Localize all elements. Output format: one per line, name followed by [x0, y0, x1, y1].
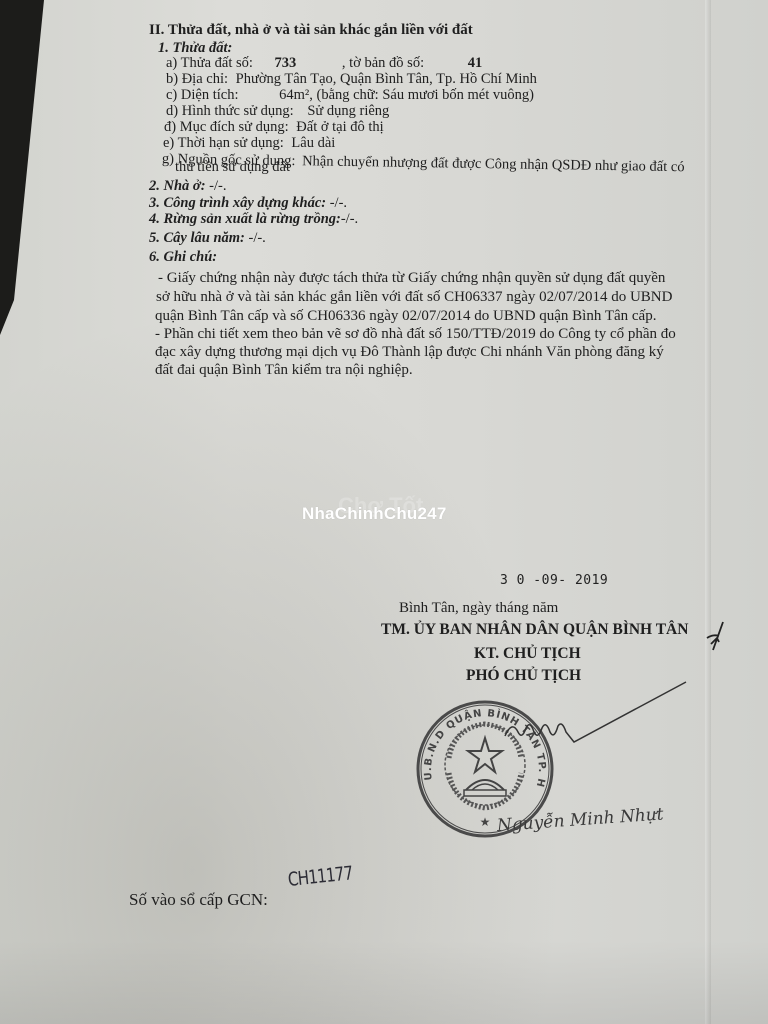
land-item-term: e) Thời hạn sử dụng: Lâu dài: [163, 135, 335, 151]
note-line: đất đai quận Bình Tân kiểm tra nội nghiệ…: [155, 362, 413, 378]
registry-number-handwritten: CH11177: [287, 865, 353, 888]
stamped-date: 3 0 -09- 2019: [500, 573, 608, 589]
place-date: Bình Tân, ngày tháng năm: [399, 600, 558, 616]
certificate-page: II. Thửa đất, nhà ở và tài sản khác gắn …: [0, 0, 768, 1024]
usage-form-label: d) Hình thức sử dụng:: [166, 103, 294, 119]
land-title: 1. Thửa đất:: [158, 40, 232, 56]
land-item-purpose: đ) Mục đích sử dụng: Đất ở tại đô thị: [164, 119, 384, 135]
initials-mark-icon: [703, 620, 729, 652]
address-value: Phường Tân Tạo, Quận Bình Tân, Tp. Hồ Ch…: [236, 71, 537, 87]
map-sheet-label: , tờ bản đồ số:: [342, 55, 424, 71]
registry-label: Số vào sổ cấp GCN:: [129, 892, 268, 908]
term-label: e) Thời hạn sử dụng:: [163, 135, 284, 151]
other-item-perennial: 5. Cây lâu năm: -/-.: [149, 230, 266, 246]
other-item-house: 2. Nhà ở: -/-.: [149, 178, 226, 194]
svg-text:★: ★: [480, 815, 491, 829]
term-value: Lâu dài: [291, 135, 335, 151]
land-item-area: c) Diện tích: 64m², (bằng chữ: Sáu mươi …: [166, 87, 534, 103]
note-line: - Giấy chứng nhận này được tách thửa từ …: [158, 270, 665, 286]
watermark: NhaChinhChu247: [302, 506, 446, 522]
note-line: - Phần chi tiết xem theo bản vẽ sơ đồ nh…: [155, 326, 676, 342]
area-value: 64m², (bằng chữ: Sáu mươi bốn mét vuông): [279, 87, 534, 103]
origin-continuation: thu tiền sử dụng đất: [175, 159, 290, 175]
note-line: đạc xây dựng thương mại dịch vụ Đô Thành…: [155, 344, 664, 360]
land-item-address: b) Địa chỉ: Phường Tân Tạo, Quận Bình Tâ…: [166, 71, 537, 87]
parcel-label: a) Thửa đất số:: [166, 55, 253, 71]
parcel-number: 733: [275, 55, 297, 71]
land-item-usage-form: d) Hình thức sử dụng: Sử dụng riêng: [166, 103, 389, 119]
other-item-forest: 4. Rừng sản xuất là rừng trồng:-/-.: [149, 211, 358, 227]
address-label: b) Địa chỉ:: [166, 71, 228, 87]
section-heading: II. Thửa đất, nhà ở và tài sản khác gắn …: [149, 22, 473, 38]
origin-value: Nhận chuyển nhượng đất được Công nhận QS…: [302, 153, 685, 175]
other-item-construction: 3. Công trình xây dựng khác: -/-.: [149, 195, 347, 211]
note-line: sở hữu nhà ở và tài sản khác gắn liền vớ…: [156, 289, 672, 305]
issuing-authority: TM. ỦY BAN NHÂN DÂN QUẬN BÌNH TÂN: [381, 622, 688, 638]
purpose-value: Đất ở tại đô thị: [296, 119, 383, 135]
land-item-parcel: a) Thửa đất số: 733 , tờ bản đồ số: 41: [166, 55, 482, 71]
notes-title: 6. Ghi chú:: [149, 249, 217, 265]
note-line: quận Bình Tân cấp và số CH06336 ngày 02/…: [155, 308, 656, 324]
map-sheet-number: 41: [468, 55, 483, 71]
role-line-1: KT. CHỦ TỊCH: [474, 646, 581, 662]
area-label: c) Diện tích:: [166, 87, 238, 103]
handwritten-signature-icon: [500, 680, 690, 750]
usage-form-value: Sử dụng riêng: [307, 103, 389, 119]
purpose-label: đ) Mục đích sử dụng:: [164, 119, 289, 135]
